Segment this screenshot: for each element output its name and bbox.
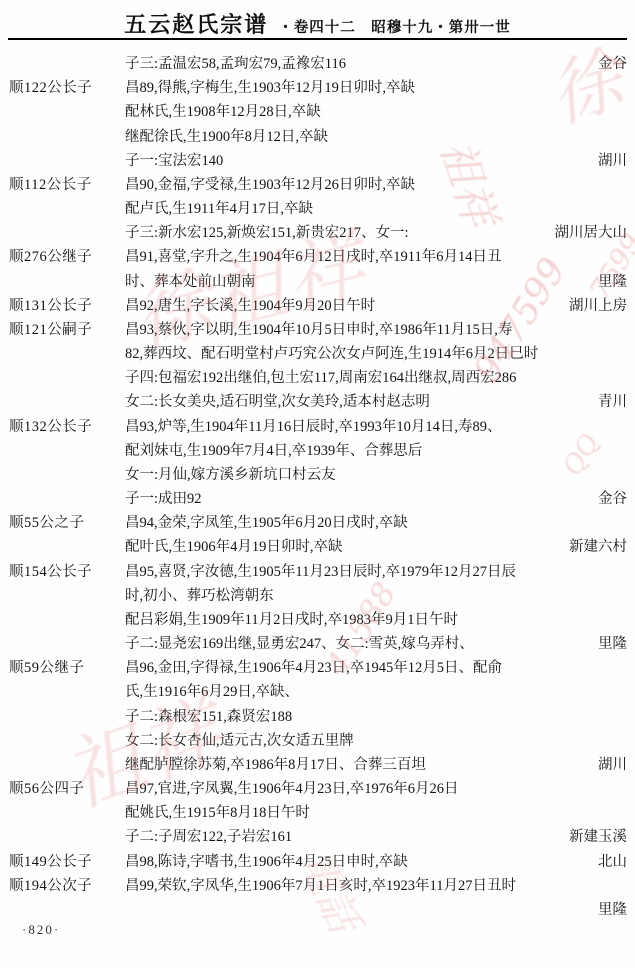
residence-label: 新建玉溪 (569, 827, 627, 847)
entry-text: 子三:孟温宏58,孟珣宏79,孟襐宏116 (125, 54, 346, 74)
residence-label: 湖川 (598, 755, 627, 775)
entry-text: 配刘妹屯,生1909年7月4日,卒1939年、合葬思后 (125, 441, 422, 461)
lineage-label: 顺149公长子 (9, 852, 121, 872)
genealogy-line: 女一:月仙,嫁方溪乡新坑口村云友 (0, 465, 635, 486)
genealogy-line: 时、葬本处前山朝南 里隆 (0, 272, 635, 293)
lineage-label: 顺194公次子 (9, 876, 121, 896)
entry-text: 继配徐氏,生1900年8月12日,卒缺 (125, 127, 328, 147)
entry-text: 昌99,荣钦,字凤华,生1906年7月1日亥时,卒1923年11月27日丑时 (125, 876, 516, 896)
genealogy-line: 子三:孟温宏58,孟珣宏79,孟襐宏116 金谷 (0, 54, 635, 75)
entry-text: 昌96,金田,字得禄,生1906年4月23日,卒1945年12月5日、配俞 (125, 658, 502, 678)
entry-text: 配林氏,生1908年12月28日,卒缺 (125, 102, 321, 122)
entry-text: 昌98,陈诗,字嗜书,生1906年4月25日申时,卒缺 (125, 852, 408, 872)
lineage-label: 顺56公四子 (9, 779, 121, 799)
lineage-label: 顺132公长子 (9, 417, 121, 437)
entry-text: 昌92,唐生,字长溪,生1904年9月20日午时 (125, 296, 375, 316)
genealogy-line: 子二:子周宏122,子岩宏161 新建玉溪 (0, 827, 635, 848)
genealogy-line: 子二:显尧宏169出继,显勇宏247、女二:雪英,嫁乌弄村、 里隆 (0, 634, 635, 655)
entry-text: 昌95,喜贤,字汝德,生1905年11月23日辰时,卒1979年12月27日辰 (125, 562, 516, 582)
genealogy-line: 配林氏,生1908年12月28日,卒缺 (0, 102, 635, 123)
lineage-label: 顺276公继子 (9, 247, 121, 267)
genealogy-line: 顺56公四子 昌97,官进,字凤翼,生1906年4月23日,卒1976年6月26… (0, 779, 635, 800)
genealogy-line: 配刘妹屯,生1909年7月4日,卒1939年、合葬思后 (0, 441, 635, 462)
lineage-label: 顺154公长子 (9, 562, 121, 582)
genealogy-line: 女二:长女美央,适石明堂,次女美玲,适本村赵志明 青川 (0, 392, 635, 413)
entry-text: 氏,生1916年6月29日,卒缺、 (125, 682, 299, 702)
entry-text: 82,葬西坟、配石明堂村卢巧究公次女卢阿连,生1914年6月2日巳时 (125, 344, 538, 364)
entry-text: 女二:长女杏仙,适元古,次女适五里牌 (125, 731, 354, 751)
residence-label: 湖川居大山 (555, 223, 628, 243)
genealogy-line: 配卢氏,生1911年4月17日,卒缺 (0, 199, 635, 220)
entry-text: 女一:月仙,嫁方溪乡新坑口村云友 (125, 465, 336, 485)
residence-label: 里隆 (598, 900, 627, 920)
genealogy-line: 顺112公长子 昌90,金福,字受禄,生1903年12月26日卯时,卒缺 (0, 175, 635, 196)
genealogy-line: 顺149公长子 昌98,陈诗,字嗜书,生1906年4月25日申时,卒缺 北山 (0, 852, 635, 873)
entry-text: 继配胪膛徐苏菊,卒1986年8月17日、合葬三百坦 (125, 755, 426, 775)
genealogy-line: 子一:成田92 金谷 (0, 489, 635, 510)
genealogy-line: 里隆 (0, 900, 635, 921)
genealogy-line: 氏,生1916年6月29日,卒缺、 (0, 682, 635, 703)
entry-text: 时,初小、葬巧松湾朝东 (125, 586, 274, 606)
residence-label: 里隆 (598, 634, 627, 654)
genealogy-page: 五云赵氏宗谱 ・卷四十二 昭穆十九・第卅一世 子三:孟温宏58,孟珣宏79,孟襐… (0, 0, 635, 968)
entry-text: 子二:森根宏151,森贤宏188 (125, 707, 292, 727)
entry-text: 昌89,得熊,字梅生,生1903年12月19日卯时,卒缺 (125, 78, 415, 98)
genealogy-line: 子四:包福宏192出继伯,包土宏117,周南宏164出继叔,周西宏286 (0, 368, 635, 389)
genealogy-line: 顺59公继子 昌96,金田,字得禄,生1906年4月23日,卒1945年12月5… (0, 658, 635, 679)
lineage-label: 顺59公继子 (9, 658, 121, 678)
entry-text: 配姚氏,生1915年8月18日午时 (125, 803, 310, 823)
genealogy-line: 继配胪膛徐苏菊,卒1986年8月17日、合葬三百坦 湖川 (0, 755, 635, 776)
entry-text: 昌94,金荣,字凤笙,生1905年6月20日戌时,卒缺 (125, 513, 408, 533)
genealogy-line: 顺194公次子 昌99,荣钦,字凤华,生1906年7月1日亥时,卒1923年11… (0, 876, 635, 897)
genealogy-line: 82,葬西坟、配石明堂村卢巧究公次女卢阿连,生1914年6月2日巳时 (0, 344, 635, 365)
entry-text: 昌90,金福,字受禄,生1903年12月26日卯时,卒缺 (125, 175, 415, 195)
entry-text: 时、葬本处前山朝南 (125, 272, 256, 292)
genealogy-line: 继配徐氏,生1900年8月12日,卒缺 (0, 127, 635, 148)
entry-text: 子一:成田92 (125, 489, 202, 509)
entry-text: 昌91,喜堂,字升之,生1904年6月12日戌时,卒1911年6月14日丑 (125, 247, 501, 267)
residence-label: 里隆 (598, 272, 627, 292)
entry-text: 配卢氏,生1911年4月17日,卒缺 (125, 199, 313, 219)
genealogy-line: 顺55公之子 昌94,金荣,字凤笙,生1905年6月20日戌时,卒缺 (0, 513, 635, 534)
entry-text: 子二:显尧宏169出继,显勇宏247、女二:雪英,嫁乌弄村、 (125, 634, 474, 654)
entry-text: 配吕彩娟,生1909年11月2日戌时,卒1983年9月1日午时 (125, 610, 458, 630)
genealogy-line: 配姚氏,生1915年8月18日午时 (0, 803, 635, 824)
genealogy-line: 女二:长女杏仙,适元古,次女适五里牌 (0, 731, 635, 752)
lineage-label: 顺131公长子 (9, 296, 121, 316)
page-number: ·820· (22, 922, 60, 938)
entry-text: 子一:宝法宏140 (125, 151, 223, 171)
genealogy-line: 配叶氏,生1906年4月19日卯时,卒缺 新建六村 (0, 537, 635, 558)
entry-text: 女二:长女美央,适石明堂,次女美玲,适本村赵志明 (125, 392, 430, 412)
entry-text: 子四:包福宏192出继伯,包土宏117,周南宏164出继叔,周西宏286 (125, 368, 516, 388)
residence-label: 湖川上房 (569, 296, 627, 316)
residence-label: 金谷 (598, 54, 627, 74)
entry-text: 子三:新水宏125,新焕宏151,新贵宏217、女一: (125, 223, 409, 243)
genealogy-line: 时,初小、葬巧松湾朝东 (0, 586, 635, 607)
residence-label: 北山 (598, 852, 627, 872)
genealogy-entries: 子三:孟温宏58,孟珣宏79,孟襐宏116 金谷 顺122公长子 昌89,得熊,… (0, 0, 635, 968)
genealogy-line: 配吕彩娟,生1909年11月2日戌时,卒1983年9月1日午时 (0, 610, 635, 631)
entry-text: 配叶氏,生1906年4月19日卯时,卒缺 (125, 537, 343, 557)
genealogy-line: 顺121公嗣子 昌93,蔡伙,字以明,生1904年10月5日申时,卒1986年1… (0, 320, 635, 341)
lineage-label: 顺112公长子 (9, 175, 121, 195)
entry-text: 昌93,蔡伙,字以明,生1904年10月5日申时,卒1986年11月15日,寿 (125, 320, 512, 340)
genealogy-line: 子一:宝法宏140 湖川 (0, 151, 635, 172)
genealogy-line: 子三:新水宏125,新焕宏151,新贵宏217、女一: 湖川居大山 (0, 223, 635, 244)
genealogy-line: 子二:森根宏151,森贤宏188 (0, 707, 635, 728)
entry-text: 昌93,炉等,生1904年11月16日辰时,卒1993年10月14日,寿89、 (125, 417, 501, 437)
genealogy-line: 顺154公长子 昌95,喜贤,字汝德,生1905年11月23日辰时,卒1979年… (0, 562, 635, 583)
genealogy-line: 顺132公长子 昌93,炉等,生1904年11月16日辰时,卒1993年10月1… (0, 417, 635, 438)
entry-text: 昌97,官进,字凤翼,生1906年4月23日,卒1976年6月26日 (125, 779, 459, 799)
entry-text: 子二:子周宏122,子岩宏161 (125, 827, 292, 847)
residence-label: 湖川 (598, 151, 627, 171)
residence-label: 青川 (598, 392, 627, 412)
residence-label: 金谷 (598, 489, 627, 509)
lineage-label: 顺121公嗣子 (9, 320, 121, 340)
genealogy-line: 顺122公长子 昌89,得熊,字梅生,生1903年12月19日卯时,卒缺 (0, 78, 635, 99)
residence-label: 新建六村 (569, 537, 627, 557)
lineage-label: 顺55公之子 (9, 513, 121, 533)
lineage-label: 顺122公长子 (9, 78, 121, 98)
genealogy-line: 顺276公继子 昌91,喜堂,字升之,生1904年6月12日戌时,卒1911年6… (0, 247, 635, 268)
genealogy-line: 顺131公长子 昌92,唐生,字长溪,生1904年9月20日午时 湖川上房 (0, 296, 635, 317)
